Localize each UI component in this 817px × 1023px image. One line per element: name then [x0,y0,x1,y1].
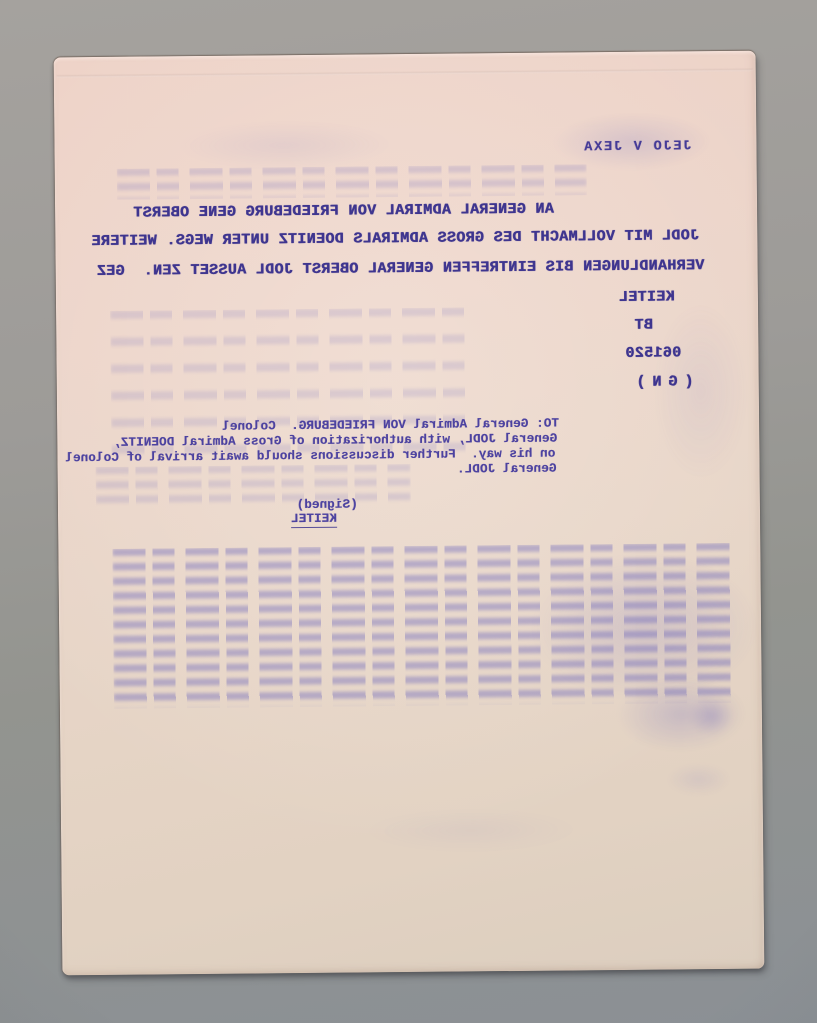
teletype-routing-line: JEJO V JEXA [583,139,692,155]
document-paper: JEJO V JEXA AN GENERAL ADMIRAL VON FRIED… [54,51,765,976]
german-message-line-3: VERHANDLUNGEN BIS EINTREFFEN GENERAL OBE… [97,257,705,280]
signed-label: (Signed) [297,497,358,512]
english-translation-line-4: General JODL. [457,462,557,477]
german-message-line-2: JODL MIT VOLLMACHT DES GROSS ADMIRALS DO… [91,227,699,250]
typewritten-text-layer-mirrored: JEJO V JEXA AN GENERAL ADMIRAL VON FRIED… [54,51,765,976]
teletype-end-marker: BT [634,317,653,334]
german-message-line-1: AN GENERAL ADMIRAL VON FRIEDEBURG GENE O… [133,201,554,222]
german-message-signature: KEITEL [619,288,675,306]
signature-keitel: KEITEL [291,512,337,528]
date-time-group: 061520 [625,344,681,362]
operator-group: (GN) [630,373,694,391]
